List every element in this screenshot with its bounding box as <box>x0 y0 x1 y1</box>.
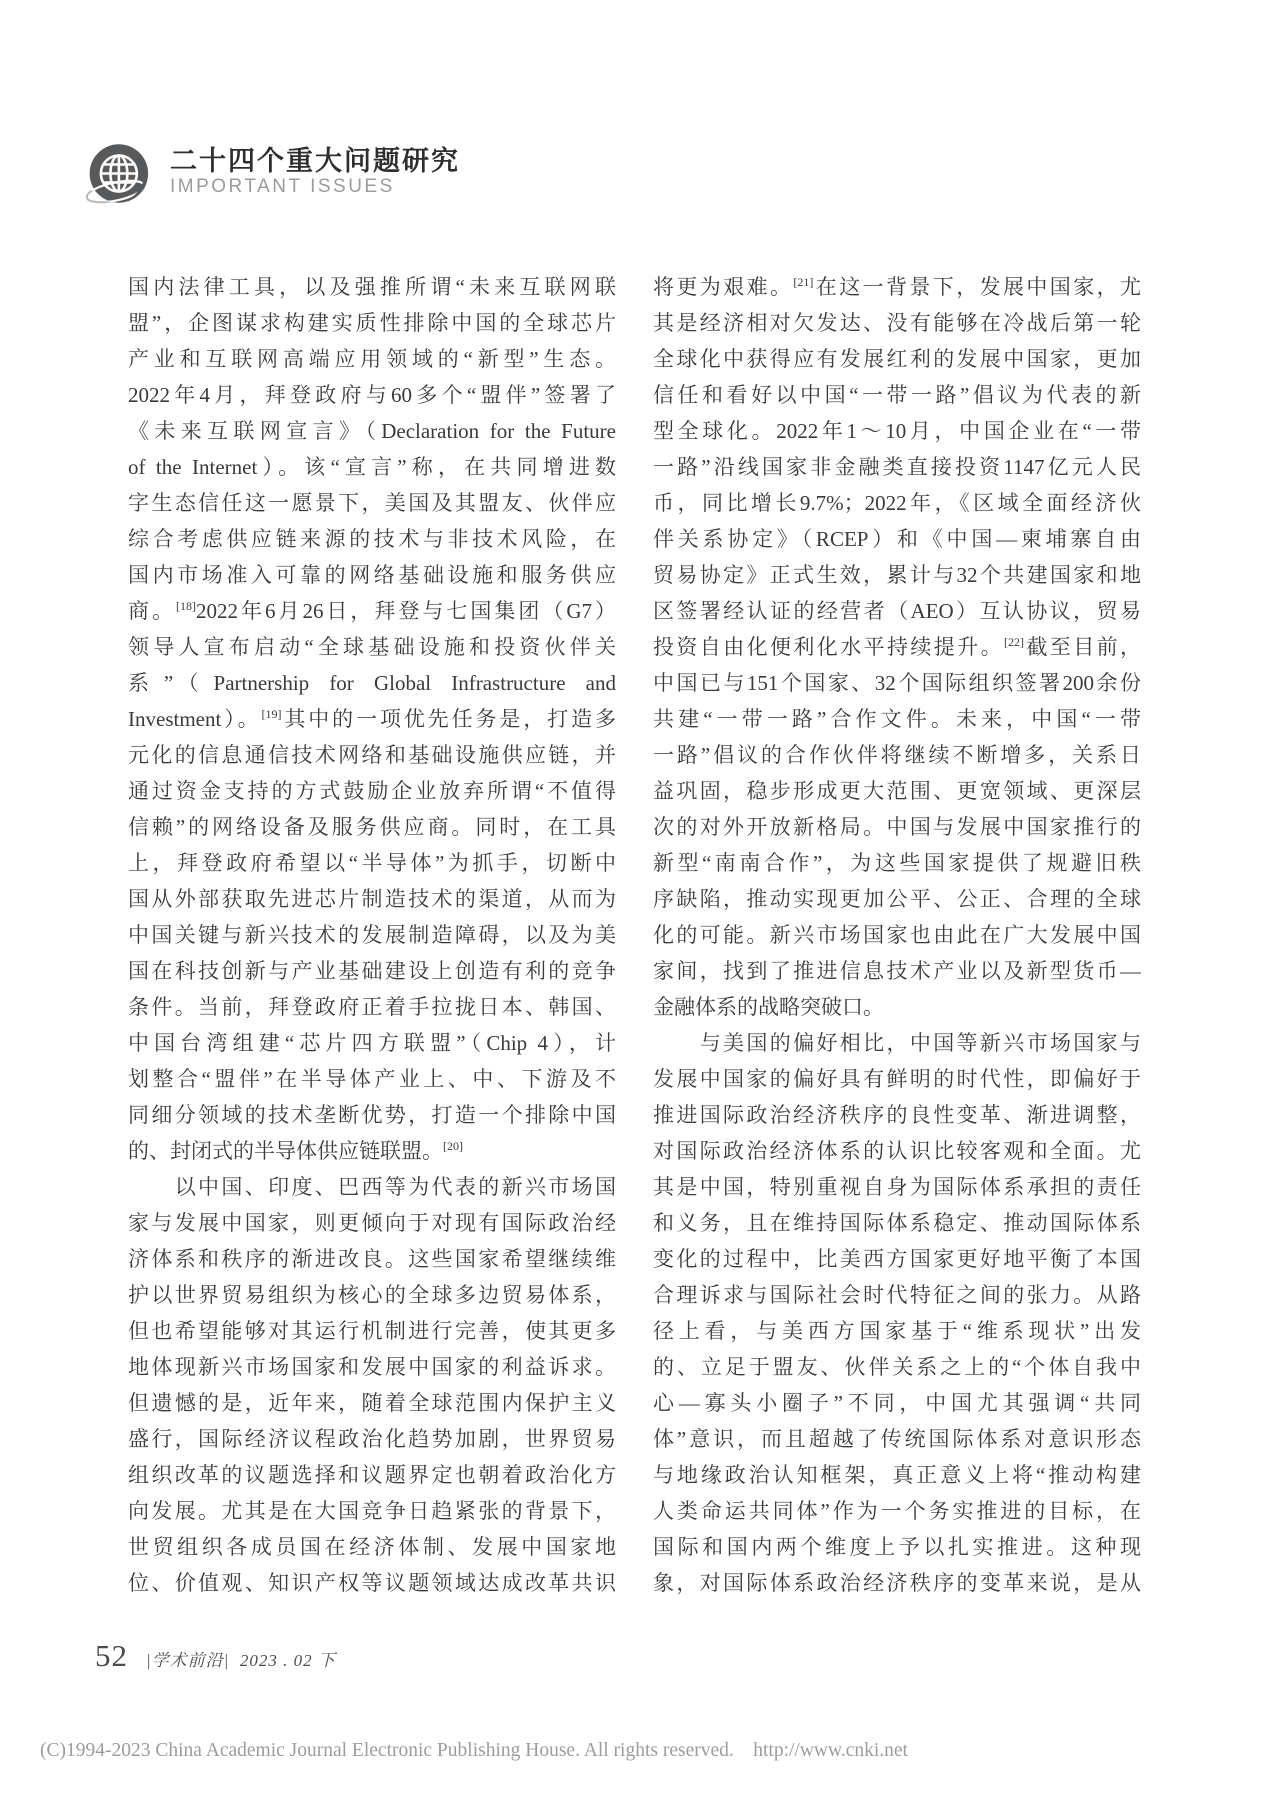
text-line: 家间，找到了推进信息技术产业以及新型货币— <box>653 953 1141 989</box>
text-line: 上，拜登政府希望以“半导体”为抓手，切断中 <box>128 845 616 881</box>
globe-icon <box>84 142 156 214</box>
text-line: 全球化中获得应有发展红利的发展中国家，更加 <box>653 341 1141 377</box>
text-line: 的、封闭式的半导体供应链联盟。[20] <box>128 1133 616 1169</box>
text-line: 与地缘政治认知框架，真正意义上将“推动构建 <box>653 1457 1141 1493</box>
text-line: 元化的信息通信技术网络和基础设施供应链，并 <box>128 737 616 773</box>
text-line: 但也希望能够对其运行机制进行完善，使其更多 <box>128 1313 616 1349</box>
text-line: Investment）。[19]其中的一项优先任务是，打造多 <box>128 701 616 737</box>
text-line: 字生态信任这一愿景下，美国及其盟友、伙伴应 <box>128 485 616 521</box>
copyright-bar: (C)1994-2023 China Academic Journal Elec… <box>40 1740 908 1762</box>
text-line: 区签署经认证的经营者（AEO）互认协议，贸易 <box>653 593 1141 629</box>
masthead-text: 二十四个重大问题研究 IMPORTANT ISSUES <box>170 138 460 198</box>
text-line: 条件。当前，拜登政府正着手拉拢日本、韩国、 <box>128 989 616 1025</box>
text-line: 盛行，国际经济议程政治化趋势加剧，世界贸易 <box>128 1421 616 1457</box>
text-line: 序缺陷，推动实现更加公平、公正、合理的全球 <box>653 881 1141 917</box>
text-line: 国在科技创新与产业基础建设上创造有利的竞争 <box>128 953 616 989</box>
text-line: 发展中国家的偏好具有鲜明的时代性，即偏好于 <box>653 1061 1141 1097</box>
text-line: 其是中国，特别重视自身为国际体系承担的责任 <box>653 1169 1141 1205</box>
text-line: 综合考虑供应链来源的技术与非技术风险，在 <box>128 521 616 557</box>
text-line: 国际和国内两个维度上予以扎实推进。这种现 <box>653 1529 1141 1565</box>
text-line: 体”意识，而且超越了传统国际体系对意识形态 <box>653 1421 1141 1457</box>
right-column: 将更为艰难。[21]在这一背景下，发展中国家，尤其是经济相对欠发达、没有能够在冷… <box>653 269 1141 1601</box>
text-line: 币，同比增长9.7%；2022年，《区域全面经济伙 <box>653 485 1141 521</box>
page: 二十四个重大问题研究 IMPORTANT ISSUES 国内法律工具，以及强推所… <box>0 0 1281 1797</box>
text-line: 以中国、印度、巴西等为代表的新兴市场国 <box>128 1169 616 1205</box>
text-line: 贸易协定》正式生效，累计与32个共建国家和地 <box>653 557 1141 593</box>
text-line: 国从外部获取先进芯片制造技术的渠道，从而为 <box>128 881 616 917</box>
text-line: 变化的过程中，比美西方国家更好地平衡了本国 <box>653 1241 1141 1277</box>
section-title: 二十四个重大问题研究 <box>170 146 460 176</box>
left-column: 国内法律工具，以及强推所谓“未来互联网联盟”，企图谋求构建实质性排除中国的全球芯… <box>128 269 616 1601</box>
text-line: 共建“一带一路”合作文件。未来，中国“一带 <box>653 701 1141 737</box>
text-line: 将更为艰难。[21]在这一背景下，发展中国家，尤 <box>653 269 1141 305</box>
text-line: 2022年4月，拜登政府与60多个“盟伴”签署了 <box>128 377 616 413</box>
text-line: 和义务，且在维持国际体系稳定、推动国际体系 <box>653 1205 1141 1241</box>
text-line: 盟”，企图谋求构建实质性排除中国的全球芯片 <box>128 305 616 341</box>
text-line: 人类命运共同体”作为一个务实推进的目标，在 <box>653 1493 1141 1529</box>
text-line: 对国际政治经济体系的认识比较客观和全面。尤 <box>653 1133 1141 1169</box>
text-line: of the Internet）。该“宣言”称，在共同增进数 <box>128 449 616 485</box>
page-footer: 52 |学术前沿| 2023 . 02 下 <box>95 1638 336 1674</box>
text-line: 信任和看好以中国“一带一路”倡议为代表的新 <box>653 377 1141 413</box>
text-line: 象，对国际体系政治经济秩序的变革来说，是从 <box>653 1565 1141 1601</box>
text-line: 地体现新兴市场国家和发展中国家的利益诉求。 <box>128 1349 616 1385</box>
text-line: 向发展。尤其是在大国竞争日趋紧张的背景下， <box>128 1493 616 1529</box>
text-line: 组织改革的议题选择和议题界定也朝着政治化方 <box>128 1457 616 1493</box>
text-line: 金融体系的战略突破口。 <box>653 989 1141 1025</box>
text-line: 护以世界贸易组织为核心的全球多边贸易体系， <box>128 1277 616 1313</box>
text-line: 心—寡头小圈子”不同，中国尤其强调“共同 <box>653 1385 1141 1421</box>
text-line: 国内法律工具，以及强推所谓“未来互联网联 <box>128 269 616 305</box>
text-line: 产业和互联网高端应用领域的“新型”生态。 <box>128 341 616 377</box>
text-line: 新型“南南合作”，为这些国家提供了规避旧秩 <box>653 845 1141 881</box>
text-line: 伴关系协定》（RCEP）和《中国—柬埔寨自由 <box>653 521 1141 557</box>
text-line: 领导人宣布启动“全球基础设施和投资伙伴关 <box>128 629 616 665</box>
text-line: 一路”沿线国家非金融类直接投资1147亿元人民 <box>653 449 1141 485</box>
text-line: 系”（Partnership for Global Infrastructure… <box>128 665 616 701</box>
text-line: 中国已与151个国家、32个国际组织签署200余份 <box>653 665 1141 701</box>
text-line: 中国台湾组建“芯片四方联盟”（Chip 4），计 <box>128 1025 616 1061</box>
journal-header: 二十四个重大问题研究 IMPORTANT ISSUES <box>84 138 460 214</box>
text-line: 家与发展中国家，则更倾向于对现有国际政治经 <box>128 1205 616 1241</box>
page-number: 52 <box>95 1638 128 1674</box>
text-line: 投资自由化便利化水平持续提升。[22]截至目前， <box>653 629 1141 665</box>
section-subtitle: IMPORTANT ISSUES <box>170 176 460 198</box>
text-line: 其是经济相对欠发达、没有能够在冷战后第一轮 <box>653 305 1141 341</box>
text-line: 合理诉求与国际社会时代特征之间的张力。从路 <box>653 1277 1141 1313</box>
text-line: 径上看，与美西方国家基于“维系现状”出发 <box>653 1313 1141 1349</box>
text-line: 一路”倡议的合作伙伴将继续不断增多，关系日 <box>653 737 1141 773</box>
text-line: 位、价值观、知识产权等议题领域达成改革共识 <box>128 1565 616 1601</box>
text-line: 国内市场准入可靠的网络基础设施和服务供应 <box>128 557 616 593</box>
text-line: 同细分领域的技术垄断优势，打造一个排除中国 <box>128 1097 616 1133</box>
text-line: 推进国际政治经济秩序的良性变革、渐进调整， <box>653 1097 1141 1133</box>
text-line: 化的可能。新兴市场国家也由此在广大发展中国 <box>653 917 1141 953</box>
text-line: 世贸组织各成员国在经济体制、发展中国家地 <box>128 1529 616 1565</box>
text-line: 但遗憾的是，近年来，随着全球范围内保护主义 <box>128 1385 616 1421</box>
text-line: 中国关键与新兴技术的发展制造障碍，以及为美 <box>128 917 616 953</box>
text-line: 次的对外开放新格局。中国与发展中国家推行的 <box>653 809 1141 845</box>
text-line: 信赖”的网络设备及服务供应商。同时，在工具 <box>128 809 616 845</box>
text-line: 的、立足于盟友、伙伴关系之上的“个体自我中 <box>653 1349 1141 1385</box>
journal-issue-info: |学术前沿| 2023 . 02 下 <box>146 1646 336 1671</box>
text-line: 《未来互联网宣言》（Declaration for the Future <box>128 413 616 449</box>
text-line: 通过资金支持的方式鼓励企业放弃所谓“不值得 <box>128 773 616 809</box>
text-line: 划整合“盟伴”在半导体产业上、中、下游及不 <box>128 1061 616 1097</box>
text-line: 益巩固，稳步形成更大范围、更宽领域、更深层 <box>653 773 1141 809</box>
text-line: 型全球化。2022年1～10月，中国企业在“一带 <box>653 413 1141 449</box>
text-line: 商。[18]2022年6月26日，拜登与七国集团（G7） <box>128 593 616 629</box>
text-line: 与美国的偏好相比，中国等新兴市场国家与 <box>653 1025 1141 1061</box>
text-line: 济体系和秩序的渐进改良。这些国家希望继续维 <box>128 1241 616 1277</box>
